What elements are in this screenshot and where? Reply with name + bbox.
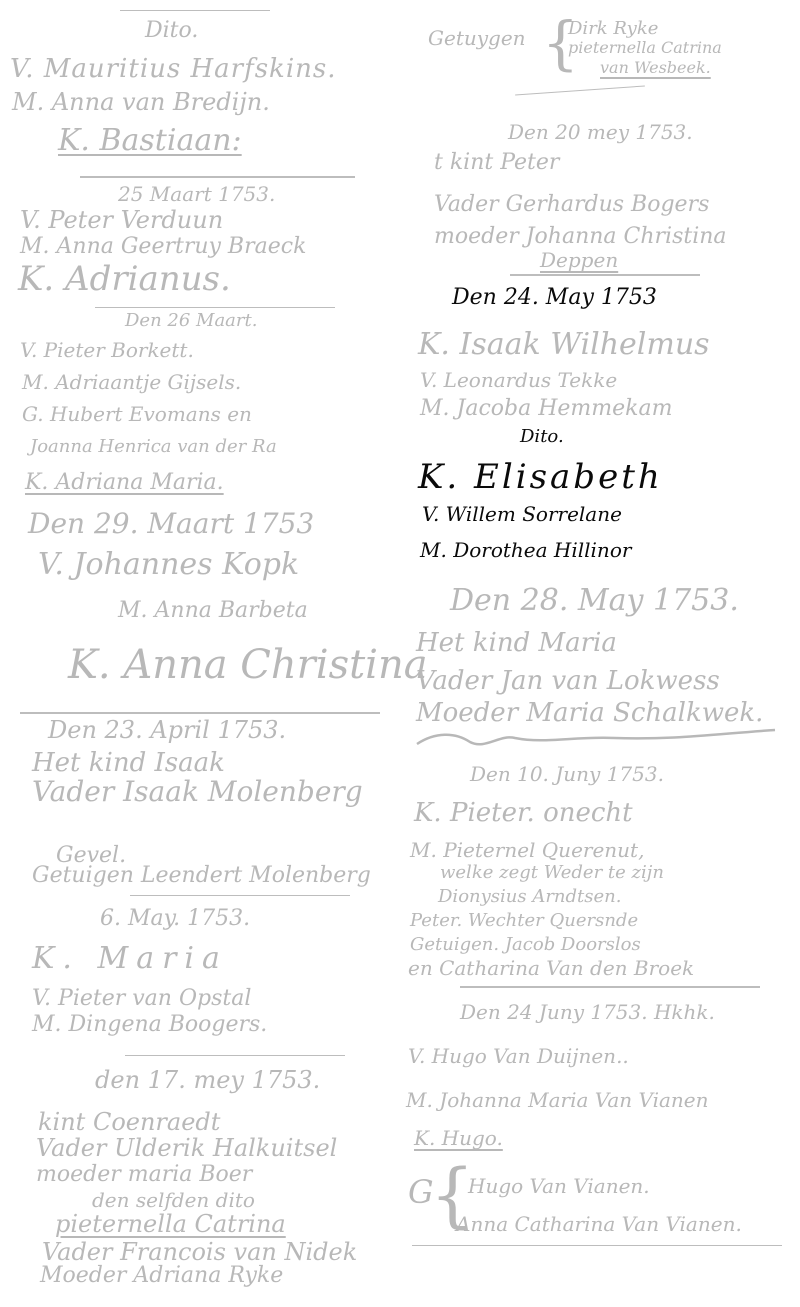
mother-line: Moeder Maria Schalkwek. — [416, 700, 763, 726]
father-line: Vader Isaak Molenberg — [32, 778, 363, 806]
entry-date: Den 20 mey 1753. — [508, 122, 693, 142]
child-line: K. Maria — [32, 944, 228, 974]
child-line: K. Anna Christina — [68, 645, 428, 685]
entry-divider — [460, 986, 760, 988]
witness-line: Getuigen. Jacob Doorslos — [410, 936, 641, 954]
mother-line-cont: Deppen — [540, 250, 618, 270]
entry-date: Dito. — [145, 20, 198, 42]
entry-divider — [80, 176, 355, 178]
entry-date: Den 24 Juny 1753. Hkhk. — [460, 1002, 715, 1022]
mother-line: M. Anna Barbeta — [118, 600, 308, 622]
mother-line: M. Adriaantje Gijsels. — [22, 372, 241, 392]
entry-date: 25 Maart 1753. — [118, 184, 275, 204]
witness-line: Getuigen Leendert Molenberg — [32, 865, 371, 887]
mother-line: M. Dorothea Hillinor — [420, 540, 631, 560]
child-line: K. Adriana Maria. — [25, 472, 224, 494]
father-line: V. Pieter van Opstal — [32, 988, 251, 1010]
entry-date: Den 24. May 1753 — [452, 287, 657, 309]
child-line: kint Coenraedt — [38, 1110, 220, 1134]
entry-date: 6. May. 1753. — [100, 908, 250, 930]
note-line: Dionysius Arndtsen. — [438, 888, 622, 906]
witness-line: Joanna Henrica van der Ra — [30, 438, 277, 456]
entry-date: Den 23. April 1753. — [48, 718, 286, 742]
father-line: V. Leonardus Tekke — [420, 370, 617, 390]
entry-divider — [20, 712, 380, 714]
bottom-rule — [412, 1245, 782, 1246]
entry-date: den 17. mey 1753. — [95, 1068, 320, 1092]
witness-line: van Wesbeek. — [600, 60, 711, 76]
father-line: V. Peter Verduun — [20, 208, 223, 232]
child-line: Het kind Maria — [416, 630, 617, 656]
witness-line: pieternella Catrina — [568, 40, 722, 56]
witness-line: Hugo Van Vianen. — [468, 1176, 650, 1196]
father-line: V. Pieter Borkett. — [20, 340, 194, 360]
child-line: K. Elisabeth — [418, 460, 663, 494]
top-rule — [120, 10, 270, 11]
mother-line: M. Jacoba Hemmekam — [420, 398, 672, 420]
left-column: Dito. V. Mauritius Harfskins. M. Anna va… — [0, 0, 400, 1307]
mother-line: moeder maria Boer — [36, 1164, 252, 1186]
entry-date: Den 26 Maart. — [125, 312, 257, 330]
child-line: pieternella Catrina — [55, 1212, 286, 1236]
note-line: Peter. Wechter Quersnde — [410, 912, 638, 930]
mother-line: M. Anna van Bredijn. — [12, 90, 270, 114]
flourish-divider — [415, 728, 785, 748]
note-line: welke zegt Weder te zijn — [440, 864, 664, 882]
entry-divider — [515, 85, 645, 95]
father-line: Vader Ulderik Halkuitsel — [36, 1136, 337, 1160]
father-line: Vader Jan van Lokwess — [416, 668, 720, 694]
child-line: K. Isaak Wilhelmus — [418, 330, 710, 360]
entry-divider — [130, 895, 350, 896]
mother-line: moeder Johanna Christina — [434, 226, 727, 248]
witness-line: Anna Catharina Van Vianen. — [456, 1214, 742, 1234]
entry-date: Den 28. May 1753. — [450, 586, 739, 616]
child-line: Het kind Isaak — [32, 750, 225, 776]
witness-line: Dirk Ryke — [568, 20, 658, 38]
entry-divider — [125, 1055, 345, 1056]
witness-line: en Catharina Van den Broek — [408, 958, 694, 978]
witness-line: G. Hubert Evomans en — [22, 404, 252, 424]
entry-divider — [95, 307, 335, 308]
child-line: K. Adrianus. — [18, 262, 231, 296]
father-line: V. Hugo Van Duijnen.. — [408, 1046, 629, 1066]
father-line: V. Mauritius Harfskins. — [10, 56, 336, 82]
mother-line: M. Dingena Boogers. — [32, 1014, 267, 1036]
entry-divider — [510, 274, 700, 276]
entry-date: Dito. — [520, 428, 564, 446]
child-line: K. Bastiaan: — [58, 126, 242, 156]
mother-line: M. Pieternel Querenut, — [410, 840, 644, 860]
father-line: Vader Gerhardus Bogers — [434, 194, 709, 216]
entry-date: Den 29. Maart 1753 — [28, 510, 314, 538]
witnesses-label: Getuygen — [428, 28, 526, 48]
child-line: t kint Peter — [434, 152, 559, 174]
father-line: Vader Francois van Nidek — [42, 1240, 357, 1264]
entry-date: den selfden dito — [92, 1190, 255, 1210]
father-line: V. Willem Sorrelane — [422, 504, 622, 524]
register-page: Dito. V. Mauritius Harfskins. M. Anna va… — [0, 0, 800, 1307]
mother-line: Moeder Adriana Ryke — [40, 1265, 283, 1287]
right-column: Getuygen { Dirk Ryke pieternella Catrina… — [400, 0, 800, 1307]
child-line: K. Hugo. — [414, 1128, 503, 1148]
mother-line: M. Anna Geertruy Braeck — [20, 236, 306, 258]
entry-date: Den 10. Juny 1753. — [470, 764, 664, 784]
mother-line: M. Johanna Maria Van Vianen — [406, 1090, 709, 1110]
child-line: K. Pieter. onecht — [414, 800, 633, 826]
father-line: V. Johannes Kopk — [38, 550, 299, 580]
